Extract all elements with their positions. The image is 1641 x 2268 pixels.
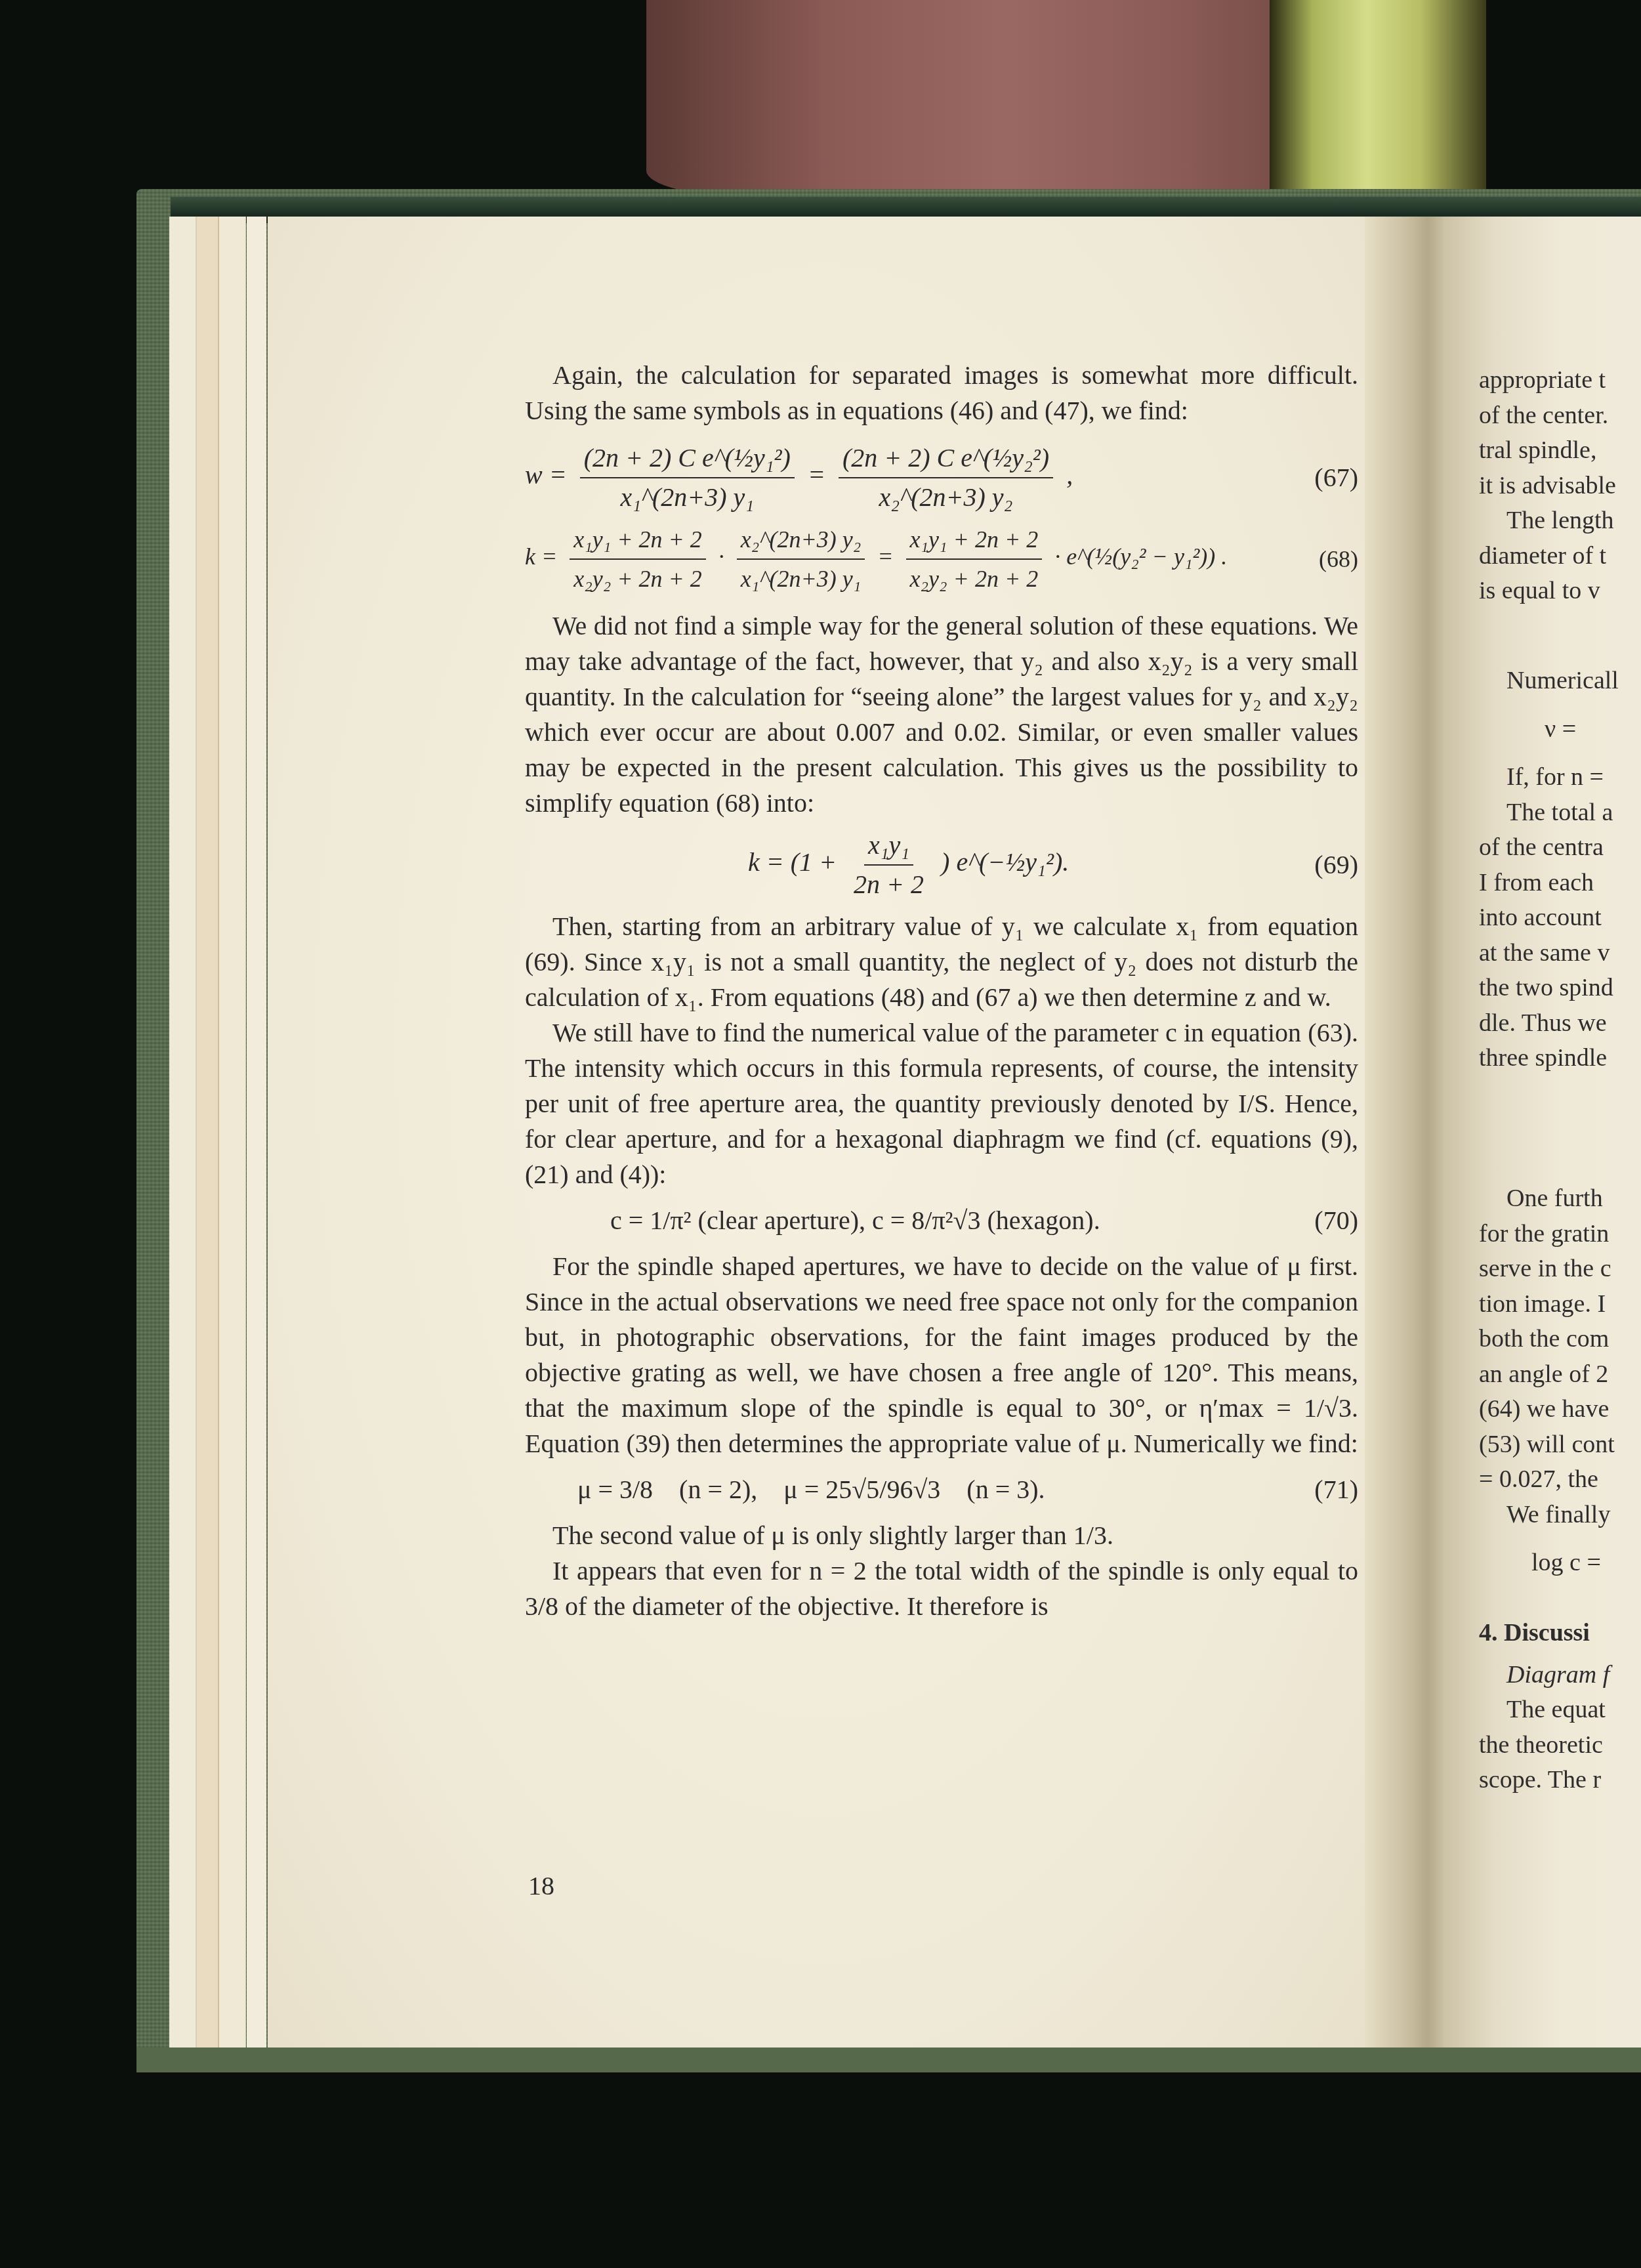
paragraph: It appears that even for n = 2 the total… — [525, 1553, 1358, 1624]
text-line: for the gratin — [1479, 1217, 1641, 1252]
text-line: tion image. I — [1479, 1287, 1641, 1322]
text-line: ν = — [1479, 712, 1641, 747]
left-page-text: Again, the calculation for separated ima… — [525, 358, 1358, 1624]
numerator: x₁y₁ + 2n + 2 — [906, 522, 1043, 560]
denominator: 2n + 2 — [850, 866, 928, 902]
page-stack-edge — [219, 217, 246, 2051]
text-line: appropriate t — [1479, 363, 1641, 398]
numerator: x₁y₁ — [864, 828, 913, 866]
text-line: (64) we have — [1479, 1392, 1641, 1427]
equation-70: c = 1/π² (clear aperture), c = 8/π²√3 (h… — [525, 1203, 1358, 1238]
paragraph: For the spindle shaped apertures, we hav… — [525, 1249, 1358, 1461]
equation-number: (71) — [1306, 1472, 1358, 1507]
fraction: x₁y₁ + 2n + 2 x₂y₂ + 2n + 2 — [906, 522, 1043, 597]
spacer — [1479, 609, 1641, 644]
text-line: the two spind — [1479, 971, 1641, 1006]
text-line: (53) will cont — [1479, 1427, 1641, 1463]
text-line: of the center. — [1479, 398, 1641, 434]
paragraph: Again, the calculation for separated ima… — [525, 358, 1358, 429]
equation-number: (70) — [1306, 1203, 1358, 1238]
eq-tail: · e^(½(y₂² − y₁²)) . — [1054, 543, 1227, 570]
paragraph: We still have to find the numerical valu… — [525, 1015, 1358, 1192]
numerator: x₁y₁ + 2n + 2 — [570, 522, 706, 560]
equation-number: (68) — [1306, 541, 1358, 577]
text-line: We finally — [1479, 1498, 1641, 1533]
spacer — [1479, 1076, 1641, 1112]
section-heading: 4. Discussi — [1479, 1616, 1641, 1651]
page-stack-edge — [197, 217, 219, 2051]
text-line: both the com — [1479, 1322, 1641, 1357]
denominator: x₂y₂ + 2n + 2 — [906, 560, 1043, 597]
text-line: into account — [1479, 900, 1641, 936]
text-line: The total a — [1479, 795, 1641, 831]
fraction: x₁y₁ 2n + 2 — [850, 828, 928, 902]
denominator: x₂^(2n+3) y₂ — [875, 478, 1017, 515]
text-line: The length — [1479, 503, 1641, 539]
text-line: the theoretic — [1479, 1728, 1641, 1763]
book-gutter — [1365, 217, 1444, 2047]
numerator: (2n + 2) C e^(½y₁²) — [580, 440, 795, 478]
eq-equals: = — [808, 460, 825, 490]
text-line: Numericall — [1479, 663, 1641, 699]
text-line: scope. The r — [1479, 1763, 1641, 1798]
equation-68: k = x₁y₁ + 2n + 2 x₂y₂ + 2n + 2 · x₂^(2n… — [525, 522, 1358, 597]
equation-number: (69) — [1306, 847, 1358, 883]
text-line: = 0.027, the — [1479, 1462, 1641, 1498]
subsection-heading: Diagram f — [1479, 1658, 1641, 1693]
eq-lhs: k = (1 + — [748, 847, 837, 877]
equation-71: μ = 3/8 (n = 2), μ = 25√5/96√3 (n = 3). … — [525, 1472, 1358, 1507]
spacer — [1479, 1111, 1641, 1146]
background-finger — [646, 0, 1361, 197]
text-line: it is advisable — [1479, 469, 1641, 504]
paragraph: We did not find a simple way for the gen… — [525, 608, 1358, 821]
denominator: x₁^(2n+3) y₁ — [737, 560, 865, 597]
fraction: (2n + 2) C e^(½y₁²) x₁^(2n+3) y₁ — [580, 440, 795, 515]
text-line: three spindle — [1479, 1041, 1641, 1076]
equation-69: k = (1 + x₁y₁ 2n + 2 ) e^(−½y₁²). (69) — [525, 828, 1358, 902]
eq-body: c = 1/π² (clear aperture), c = 8/π²√3 (h… — [525, 1203, 1306, 1238]
fraction: x₁y₁ + 2n + 2 x₂y₂ + 2n + 2 — [570, 522, 706, 597]
paragraph: The second value of μ is only slightly l… — [525, 1518, 1358, 1553]
spacer — [1479, 1581, 1641, 1616]
numerator: x₂^(2n+3) y₂ — [737, 522, 865, 560]
right-page-text: appropriate t of the center. tral spindl… — [1479, 363, 1641, 1798]
text-line: serve in the c — [1479, 1251, 1641, 1287]
book-cover-bottom-edge — [136, 2047, 1641, 2072]
page-number: 18 — [528, 1870, 554, 1901]
text-line: of the centra — [1479, 830, 1641, 866]
text-line: is equal to v — [1479, 574, 1641, 609]
eq-lhs: k = — [525, 543, 557, 570]
text-line: tral spindle, — [1479, 433, 1641, 469]
denominator: x₂y₂ + 2n + 2 — [570, 560, 706, 597]
spacer — [1479, 1146, 1641, 1182]
eq-dot: · — [718, 543, 724, 570]
fraction: x₂^(2n+3) y₂ x₁^(2n+3) y₁ — [737, 522, 865, 597]
text-line: dle. Thus we — [1479, 1006, 1641, 1041]
equation-67: w = (2n + 2) C e^(½y₁²) x₁^(2n+3) y₁ = (… — [525, 440, 1358, 515]
paragraph: Then, starting from an arbitrary value o… — [525, 909, 1358, 1015]
eq-equals: = — [877, 543, 893, 570]
eq-lhs: w = — [525, 460, 567, 490]
background-lamp — [1270, 0, 1486, 197]
text-line: log c = — [1479, 1545, 1641, 1581]
text-line: The equat — [1479, 1692, 1641, 1728]
text-line: One furth — [1479, 1181, 1641, 1217]
text-line: at the same v — [1479, 936, 1641, 971]
eq-body: μ = 3/8 (n = 2), μ = 25√5/96√3 (n = 3). — [525, 1472, 1306, 1507]
equation-number: (67) — [1306, 460, 1358, 495]
eq-tail: ) e^(−½y₁²). — [941, 847, 1069, 877]
denominator: x₁^(2n+3) y₁ — [616, 478, 758, 515]
eq-tail: , — [1066, 460, 1073, 490]
numerator: (2n + 2) C e^(½y₂²) — [839, 440, 1053, 478]
text-line: diameter of t — [1479, 539, 1641, 574]
fraction: (2n + 2) C e^(½y₂²) x₂^(2n+3) y₂ — [839, 440, 1053, 515]
page-stack-edge — [247, 217, 266, 2051]
text-line: an angle of 2 — [1479, 1357, 1641, 1393]
text-line: If, for n = — [1479, 760, 1641, 795]
text-line: I from each — [1479, 866, 1641, 901]
page-stack-edge — [169, 217, 197, 2051]
